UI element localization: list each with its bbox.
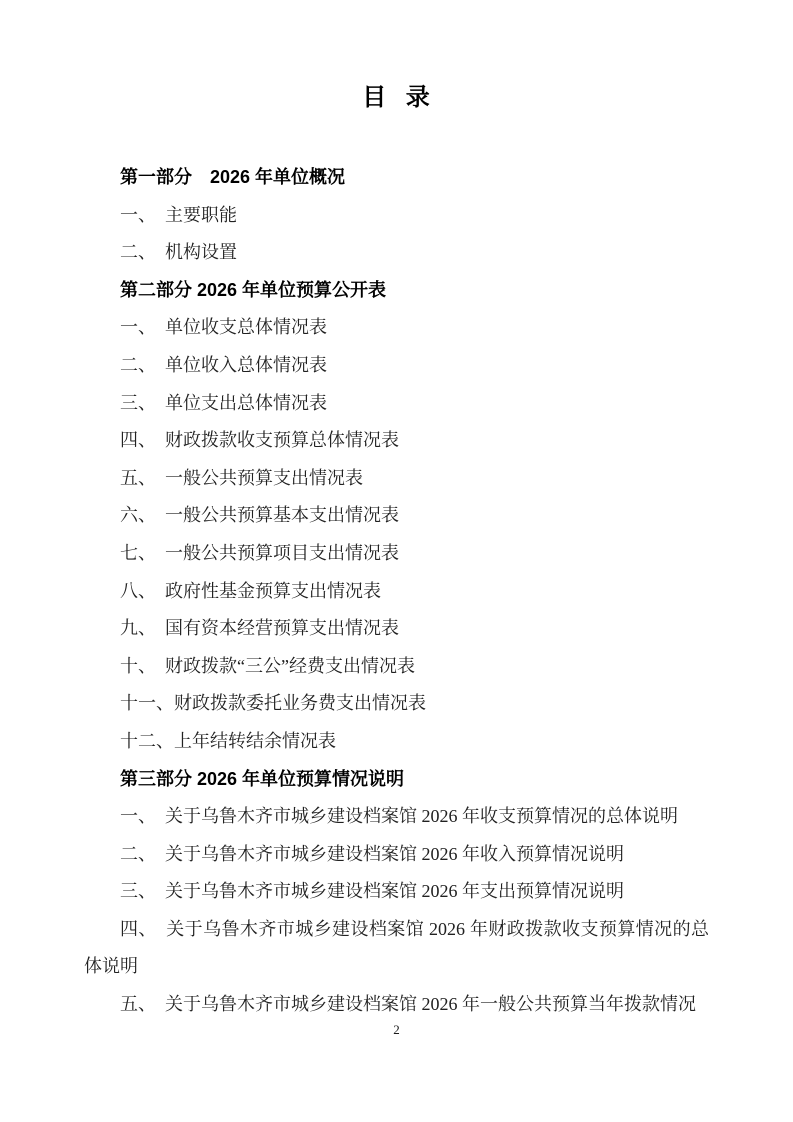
toc-entry: 四、 财政拨款收支预算总体情况表 [84,422,709,460]
document-page: 目 录 第一部分 2026 年单位概况 一、 主要职能 二、 机构设置 第二部分… [0,0,793,1122]
toc-entry: 六、 一般公共预算基本支出情况表 [84,497,709,535]
toc-entry: 二、 关于乌鲁木齐市城乡建设档案馆 2026 年收入预算情况说明 [84,836,709,874]
toc-entry: 八、 政府性基金预算支出情况表 [84,573,709,611]
toc-section-heading-1: 第一部分 2026 年单位概况 [84,159,709,197]
toc-entry: 四、 关于乌鲁木齐市城乡建设档案馆 2026 年财政拨款收支预算情况的总体说明 [84,911,709,986]
table-of-contents: 第一部分 2026 年单位概况 一、 主要职能 二、 机构设置 第二部分 202… [84,159,709,1024]
toc-entry: 三、 关于乌鲁木齐市城乡建设档案馆 2026 年支出预算情况说明 [84,873,709,911]
toc-section-heading-2: 第二部分 2026 年单位预算公开表 [84,272,709,310]
toc-entry: 五、 一般公共预算支出情况表 [84,460,709,498]
toc-entry: 一、 单位收支总体情况表 [84,309,709,347]
toc-entry: 十、 财政拨款“三公”经费支出情况表 [84,648,709,686]
page-title: 目 录 [84,78,709,118]
toc-entry: 九、 国有资本经营预算支出情况表 [84,610,709,648]
page-number: 2 [393,1022,400,1037]
toc-entry: 七、 一般公共预算项目支出情况表 [84,535,709,573]
toc-entry: 一、 关于乌鲁木齐市城乡建设档案馆 2026 年收支预算情况的总体说明 [84,798,709,836]
toc-entry: 二、 机构设置 [84,234,709,272]
toc-entry: 五、 关于乌鲁木齐市城乡建设档案馆 2026 年一般公共预算当年拨款情况 [84,986,709,1024]
toc-entry: 三、 单位支出总体情况表 [84,385,709,423]
toc-entry: 十二、上年结转结余情况表 [84,723,709,761]
toc-entry: 二、 单位收入总体情况表 [84,347,709,385]
toc-section-heading-3: 第三部分 2026 年单位预算情况说明 [84,761,709,799]
toc-entry: 一、 主要职能 [84,197,709,235]
page-footer: 2 [0,1020,793,1040]
toc-entry: 十一、财政拨款委托业务费支出情况表 [84,685,709,723]
